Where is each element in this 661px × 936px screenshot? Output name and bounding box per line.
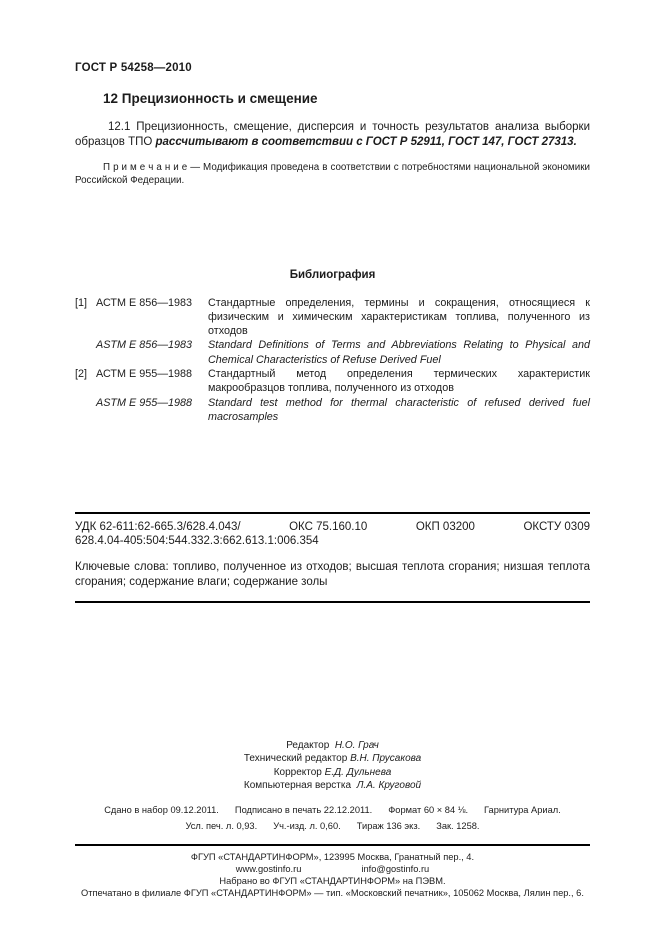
- bib-code-ru: АСТМ Е 955—1988: [96, 367, 208, 381]
- publisher-contacts: www.gostinfo.ruinfo@gostinfo.ru: [75, 863, 590, 875]
- staff-line-editor: Редактор Н.О. Грач: [75, 739, 590, 753]
- print-signed: Подписано в печать 22.12.2011.: [235, 805, 372, 815]
- horizontal-rule-top: [75, 512, 590, 514]
- staff-role: Редактор: [286, 740, 329, 751]
- bibliography-entry-2-en: ASTM E 955—1988 Standard test method for…: [75, 396, 590, 425]
- publisher-address: ФГУП «СТАНДАРТИНФОРМ», 123995 Москва, Гр…: [75, 851, 590, 863]
- bibliography-list: [1] АСТМ Е 856—1983 Стандартные определе…: [75, 296, 590, 425]
- bibliography-entry-1-ru: [1] АСТМ Е 856—1983 Стандартные определе…: [75, 296, 590, 339]
- publisher-typeset-line: Набрано во ФГУП «СТАНДАРТИНФОРМ» на ПЭВМ…: [75, 875, 590, 887]
- bib-desc-ru: Стандартные определения, термины и сокра…: [208, 296, 590, 339]
- staff-line-technical-editor: Технический редактор В.Н. Прусакова: [75, 752, 590, 766]
- udk-code-line2: 628.4.04-405:504:544.332.3:662.613.1:006…: [75, 535, 590, 547]
- horizontal-rule-bottom: [75, 844, 590, 846]
- staff-name: Л.А. Круговой: [357, 780, 422, 791]
- colophon-staff-block: Редактор Н.О. Грач Технический редактор …: [75, 739, 590, 793]
- document-page: { "header": { "doc_number": "ГОСТ Р 5425…: [0, 0, 661, 936]
- section-heading: 12 Прецизионность и смещение: [103, 91, 590, 106]
- udk-code: УДК 62-611:62-665.3/628.4.043/: [75, 521, 241, 533]
- print-sheets-publ: Уч.-изд. л. 0,60.: [273, 821, 341, 831]
- staff-name: Н.О. Грач: [335, 740, 379, 751]
- horizontal-rule-middle: [75, 601, 590, 603]
- publisher-printed-line: Отпечатано в филиале ФГУП «СТАНДАРТИНФОР…: [75, 887, 590, 899]
- okp-code: ОКП 03200: [416, 521, 475, 533]
- classification-codes-line: УДК 62-611:62-665.3/628.4.043/ ОКС 75.16…: [75, 521, 590, 533]
- bib-desc-en: Standard test method for thermal charact…: [208, 396, 590, 425]
- bib-desc-en: Standard Definitions of Terms and Abbrev…: [208, 338, 590, 367]
- staff-name: В.Н. Прусакова: [350, 753, 421, 764]
- bib-code-en: ASTM E 856—1983: [96, 338, 208, 352]
- bibliography-entry-1-en: ASTM E 856—1983 Standard Definitions of …: [75, 338, 590, 367]
- doc-number: ГОСТ Р 54258—2010: [75, 62, 590, 74]
- clause-text-emphasis: рассчитывают в соответствии с ГОСТ Р 529…: [156, 136, 577, 148]
- print-order: Зак. 1258.: [436, 821, 479, 831]
- publisher-email: info@gostinfo.ru: [361, 864, 429, 874]
- publisher-website: www.gostinfo.ru: [236, 864, 302, 874]
- print-submitted: Сдано в набор 09.12.2011.: [104, 805, 219, 815]
- print-format: Формат 60 × 84 ⅛.: [388, 805, 468, 815]
- staff-role: Корректор: [274, 767, 322, 778]
- bibliography-title: Библиография: [75, 269, 590, 281]
- bib-desc-ru: Стандартный метод определения термически…: [208, 367, 590, 396]
- bibliography-entry-2-ru: [2] АСТМ Е 955—1988 Стандартный метод оп…: [75, 367, 590, 396]
- staff-line-corrector: Корректор Е.Д. Дульнева: [75, 766, 590, 780]
- staff-line-layout: Компьютерная верстка Л.А. Круговой: [75, 779, 590, 793]
- page: ГОСТ Р 54258—2010 12 Прецизионность и см…: [0, 0, 661, 936]
- oks-code: ОКС 75.160.10: [289, 521, 367, 533]
- bib-code-en: ASTM E 955—1988: [96, 396, 208, 410]
- print-sheets-cond: Усл. печ. л. 0,93.: [185, 821, 257, 831]
- okstu-code: ОКСТУ 0309: [523, 521, 590, 533]
- print-typeface: Гарнитура Ариал.: [484, 805, 561, 815]
- print-info-line-2: Усл. печ. л. 0,93.Уч.-изд. л. 0,60.Тираж…: [75, 820, 590, 832]
- staff-name: Е.Д. Дульнева: [325, 767, 392, 778]
- clause-12-1-paragraph: 12.1 Прецизионность, смещение, дисперсия…: [75, 120, 590, 149]
- staff-role: Компьютерная верстка: [244, 780, 351, 791]
- keywords-paragraph: Ключевые слова: топливо, полученное из о…: [75, 560, 590, 589]
- publisher-block: ФГУП «СТАНДАРТИНФОРМ», 123995 Москва, Гр…: [75, 851, 590, 899]
- staff-role: Технический редактор: [244, 753, 347, 764]
- bib-ref: [1]: [75, 296, 96, 310]
- bib-code-ru: АСТМ Е 856—1983: [96, 296, 208, 310]
- print-info-line-1: Сдано в набор 09.12.2011.Подписано в печ…: [75, 804, 590, 816]
- note-paragraph: П р и м е ч а н и е — Модификация провед…: [75, 161, 590, 187]
- bib-ref: [2]: [75, 367, 96, 381]
- print-circulation: Тираж 136 экз.: [357, 821, 420, 831]
